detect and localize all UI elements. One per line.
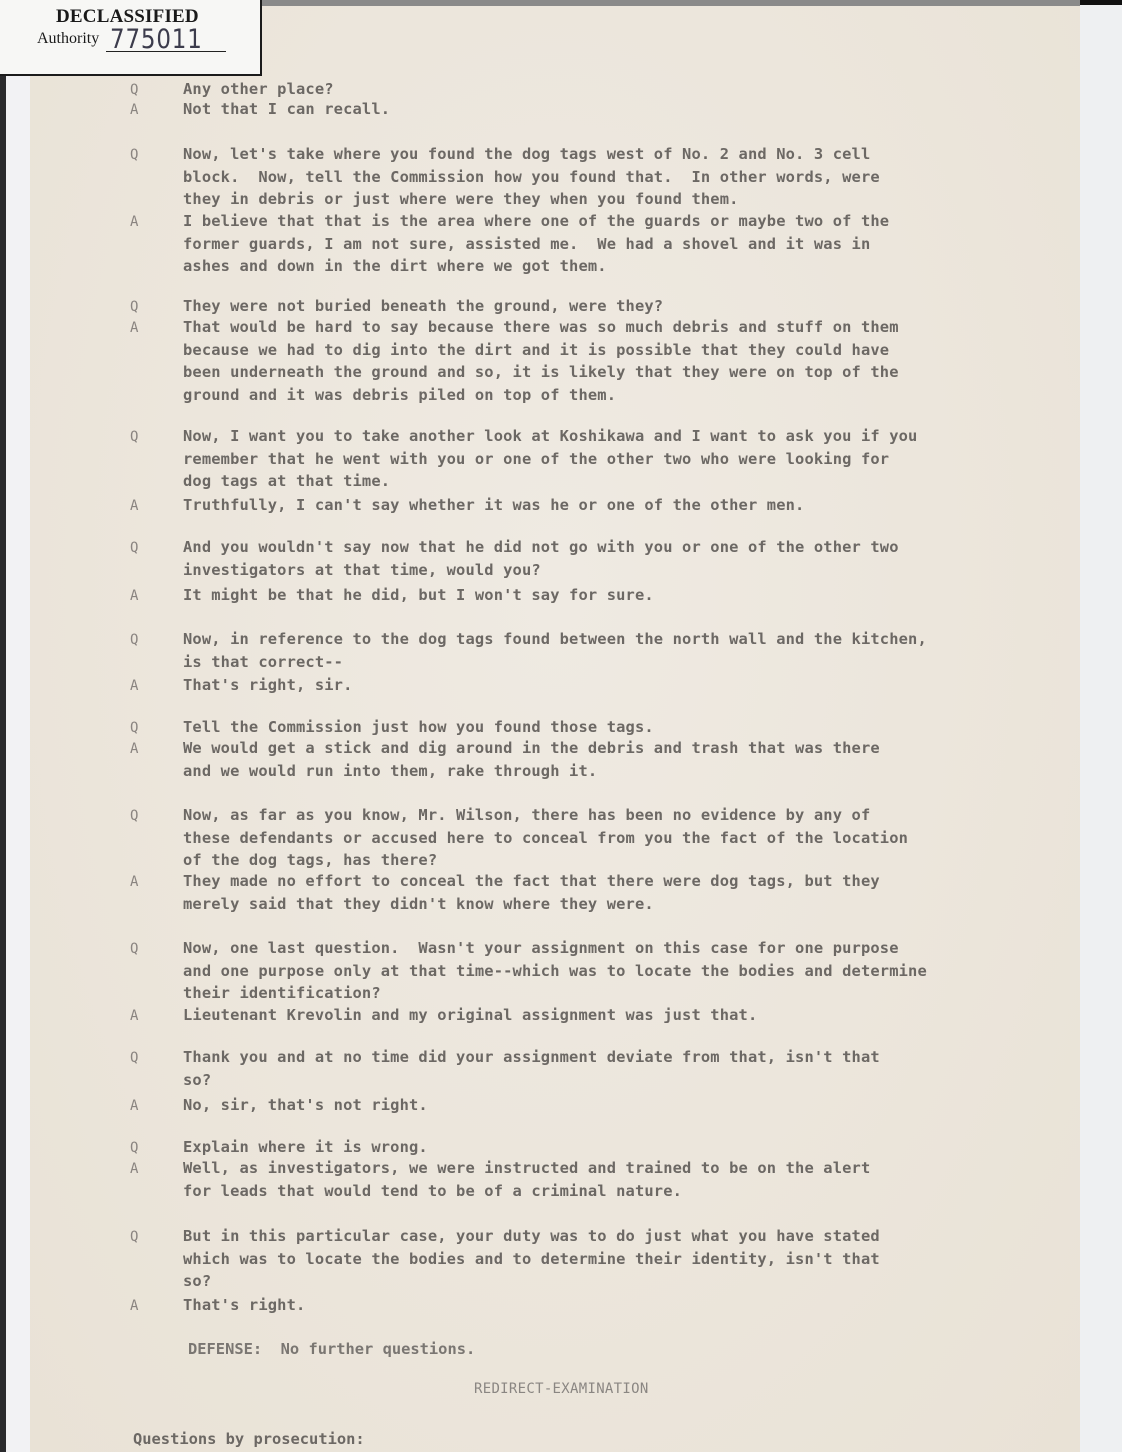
question-marker: Q — [130, 717, 138, 739]
question-text-line: and one purpose only at that time--which… — [183, 960, 927, 982]
question-text-line: so? — [183, 1270, 211, 1292]
answer-marker: A — [130, 1295, 138, 1317]
scan-edge-top-right — [1080, 0, 1122, 5]
question-text-line: Now, one last question. Wasn't your assi… — [183, 937, 899, 959]
answer-marker: A — [130, 317, 138, 339]
answer-text-line: former guards, I am not sure, assisted m… — [183, 233, 870, 255]
question-marker: Q — [130, 938, 138, 960]
questions-by-label: Questions by prosecution: — [133, 1428, 365, 1450]
section-heading: REDIRECT-EXAMINATION — [474, 1378, 649, 1400]
question-marker: Q — [130, 805, 138, 827]
question-text-line: these defendants or accused here to conc… — [183, 827, 908, 849]
answer-marker: A — [130, 738, 138, 760]
question-text-line: they in debris or just where were they w… — [183, 188, 739, 210]
question-marker: Q — [130, 1047, 138, 1069]
answer-marker: A — [130, 211, 138, 233]
answer-text-line: been underneath the ground and so, it is… — [183, 361, 899, 383]
question-text-line: Tell the Commission just how you found t… — [183, 716, 654, 738]
answer-marker: A — [130, 99, 138, 121]
stamp-authority-number: 775011 — [110, 24, 203, 55]
scan-margin-left — [6, 0, 30, 1452]
question-text-line: Now, I want you to take another look at … — [183, 425, 917, 447]
answer-text-line: We would get a stick and dig around in t… — [183, 737, 880, 759]
answer-text-line: merely said that they didn't know where … — [183, 893, 654, 915]
answer-text-line: ground and it was debris piled on top of… — [183, 384, 616, 406]
answer-text-line: No, sir, that's not right. — [183, 1094, 428, 1116]
answer-text-line: They made no effort to conceal the fact … — [183, 870, 880, 892]
defense-statement: DEFENSE: No further questions. — [188, 1338, 475, 1360]
answer-text-line: and we would run into them, rake through… — [183, 760, 597, 782]
question-text-line: But in this particular case, your duty w… — [183, 1225, 880, 1247]
question-text-line: remember that he went with you or one of… — [183, 448, 889, 470]
answer-text-line: ashes and down in the dirt where we got … — [183, 255, 607, 277]
answer-text-line: Lieutenant Krevolin and my original assi… — [183, 1004, 757, 1026]
answer-text-line: That's right. — [183, 1294, 305, 1316]
answer-marker: A — [130, 1158, 138, 1180]
question-marker: Q — [130, 1137, 138, 1159]
question-text-line: Thank you and at no time did your assign… — [183, 1046, 880, 1068]
answer-text-line: That's right, sir. — [183, 674, 353, 696]
question-text-line: their identification? — [183, 982, 381, 1004]
question-text-line: so? — [183, 1069, 211, 1091]
answer-marker: A — [130, 495, 138, 517]
answer-marker: A — [130, 1005, 138, 1027]
question-text-line: They were not buried beneath the ground,… — [183, 295, 663, 317]
answer-text-line: because we had to dig into the dirt and … — [183, 339, 889, 361]
answer-marker: A — [130, 871, 138, 893]
answer-marker: A — [130, 585, 138, 607]
question-marker: Q — [130, 426, 138, 448]
question-text-line: And you wouldn't say now that he did not… — [183, 536, 899, 558]
question-marker: Q — [130, 1226, 138, 1248]
question-text-line: block. Now, tell the Commission how you … — [183, 166, 880, 188]
answer-text-line: for leads that would tend to be of a cri… — [183, 1180, 682, 1202]
question-text-line: of the dog tags, has there? — [183, 849, 437, 871]
question-text-line: which was to locate the bodies and to de… — [183, 1248, 880, 1270]
question-text-line: Now, in reference to the dog tags found … — [183, 628, 927, 650]
question-marker: Q — [130, 79, 138, 101]
answer-text-line: Well, as investigators, we were instruct… — [183, 1157, 870, 1179]
answer-text-line: Not that I can recall. — [183, 98, 390, 120]
answer-marker: A — [130, 675, 138, 697]
answer-text-line: It might be that he did, but I won't say… — [183, 584, 654, 606]
answer-text-line: Truthfully, I can't say whether it was h… — [183, 494, 804, 516]
question-text-line: Any other place? — [183, 78, 334, 100]
question-text-line: investigators at that time, would you? — [183, 559, 541, 581]
stamp-authority-label: Authority — [37, 30, 99, 48]
question-text-line: Now, as far as you know, Mr. Wilson, the… — [183, 804, 870, 826]
question-marker: Q — [130, 629, 138, 651]
question-text-line: dog tags at that time. — [183, 470, 390, 492]
question-text-line: Now, let's take where you found the dog … — [183, 143, 870, 165]
answer-marker: A — [130, 1095, 138, 1117]
question-marker: Q — [130, 144, 138, 166]
question-text-line: Explain where it is wrong. — [183, 1136, 428, 1158]
question-text-line: is that correct-- — [183, 651, 343, 673]
question-marker: Q — [130, 296, 138, 318]
declassified-stamp: DECLASSIFIED Authority 775011 — [0, 0, 262, 76]
answer-text-line: I believe that that is the area where on… — [183, 210, 889, 232]
scan-margin-right — [1080, 0, 1122, 1452]
question-marker: Q — [130, 537, 138, 559]
answer-text-line: That would be hard to say because there … — [183, 316, 899, 338]
